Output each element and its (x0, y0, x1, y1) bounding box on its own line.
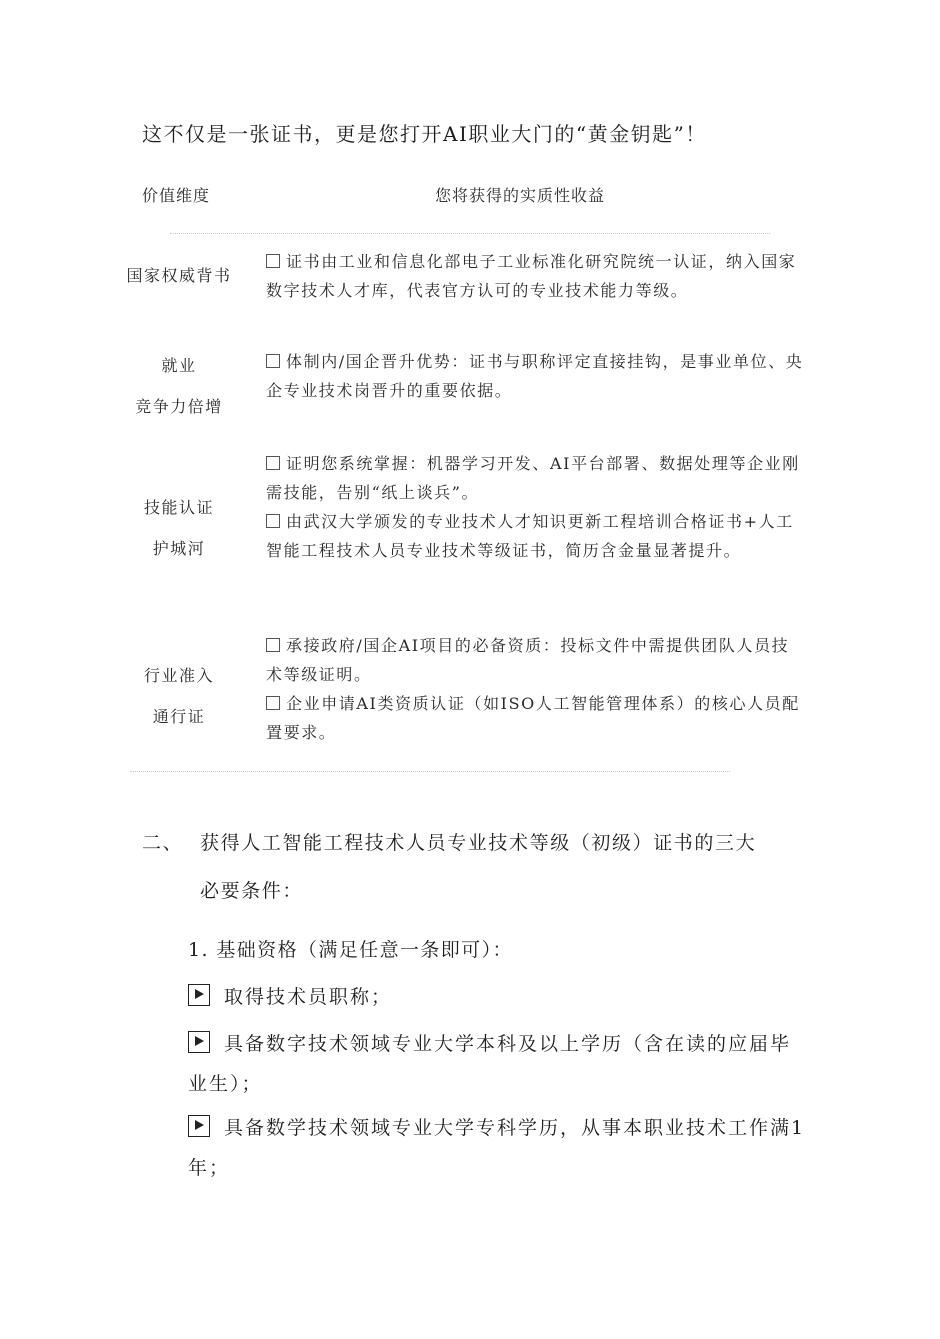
checkbox-icon (266, 254, 280, 268)
section-title-line1: 获得人工智能工程技术人员专业技术等级（初级）证书的三大 (200, 828, 756, 855)
benefit-cell-skill-moat: 证明您系统掌握：机器学习开发、AI平台部署、数据处理等企业刚需技能，告别“纸上谈… (266, 449, 806, 565)
benefit-cell-industry-pass: 承接政府/国企AI项目的必备资质：投标文件中需提供团队人员技术等级证明。 企业申… (266, 631, 806, 747)
play-bullet-icon (188, 1031, 210, 1053)
play-bullet-icon (188, 1115, 210, 1137)
checkbox-icon (266, 456, 280, 470)
table-header-dimension: 价值维度 (142, 183, 210, 206)
play-bullet-icon (188, 984, 210, 1006)
requirement-item: 具备数学技术领域专业大学专科学历，从事本职业技术工作满1年； (188, 1108, 808, 1188)
headline: 这不仅是一张证书，更是您打开AI职业大门的“黄金钥匙”！ (142, 118, 707, 147)
requirement-item: 取得技术员职称； (188, 977, 768, 1017)
requirement-item: 具备数字技术领域专业大学本科及以上学历（含在读的应届毕业生）； (188, 1024, 808, 1104)
row-label-skill-moat: 技能认证 护城河 (114, 487, 244, 569)
section-number: 二、 (142, 828, 183, 855)
section-title-line2: 必要条件： (200, 876, 303, 903)
checkbox-icon (266, 638, 280, 652)
table-header-benefits: 您将获得的实质性收益 (435, 183, 605, 206)
row-label-competitiveness: 就业 竞争力倍增 (114, 345, 244, 427)
subheading-basic-qualification: 1. 基础资格（满足任意一条即可）： (188, 935, 513, 962)
benefit-cell-competitiveness: 体制内/国企晋升优势：证书与职称评定直接挂钩，是事业单位、央企专业技术岗晋升的重… (266, 347, 806, 405)
row-label-industry-pass: 行业准入 通行证 (114, 655, 244, 737)
checkbox-icon (266, 354, 280, 368)
checkbox-icon (266, 514, 280, 528)
table-divider-top (170, 233, 770, 235)
benefit-cell-authority: 证书由工业和信息化部电子工业标准化研究院统一认证，纳入国家数字技术人才库，代表官… (266, 247, 806, 305)
row-label-authority: 国家权威背书 (114, 263, 244, 286)
checkbox-icon (266, 696, 280, 710)
table-divider-bottom (130, 771, 730, 773)
